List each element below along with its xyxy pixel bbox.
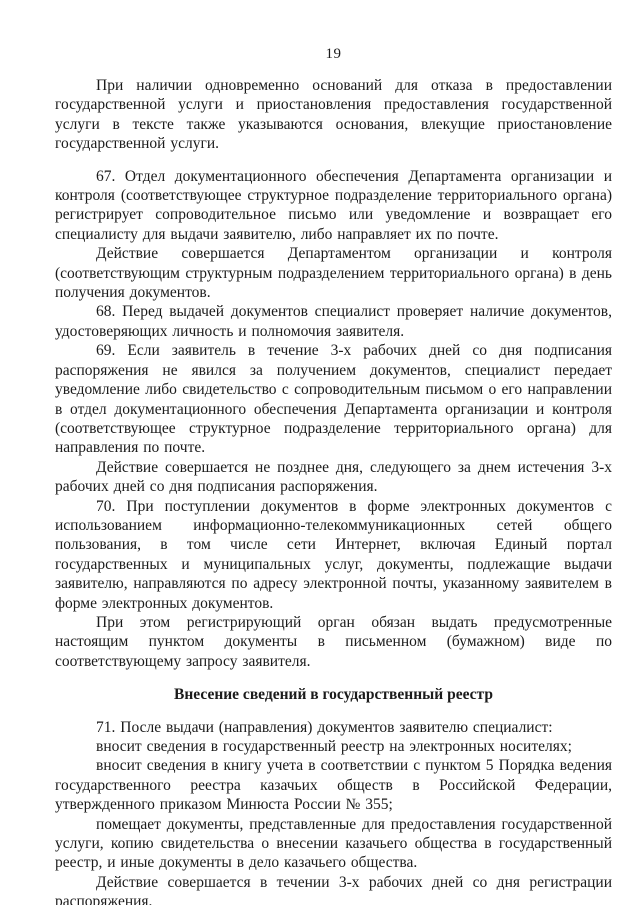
paragraph: помещает документы, представленные для п… — [55, 815, 612, 873]
paragraph: Действие совершается в течении 3-х рабоч… — [55, 873, 612, 905]
paragraph: 70. При поступлении документов в форме э… — [55, 497, 612, 613]
paragraph: вносит сведения в книгу учета в соответс… — [55, 756, 612, 814]
paragraph: Действие совершается Департаментом орган… — [55, 244, 612, 302]
section-heading: Внесение сведений в государственный реес… — [55, 685, 612, 704]
document-content: 19 При наличии одновременно оснований дл… — [55, 46, 612, 905]
paragraph: Действие совершается не позднее дня, сле… — [55, 458, 612, 497]
paragraph: 69. Если заявитель в течение 3-х рабочих… — [55, 341, 612, 457]
paragraph: вносит сведения в государственный реестр… — [55, 737, 612, 756]
paragraph: При наличии одновременно оснований для о… — [55, 76, 612, 154]
paragraph: При этом регистрирующий орган обязан выд… — [55, 613, 612, 671]
paragraph: 67. Отдел документационного обеспечения … — [55, 167, 612, 245]
page-number: 19 — [55, 46, 612, 63]
paragraph: 71. После выдачи (направления) документо… — [55, 718, 612, 737]
document-page: 19 При наличии одновременно оснований дл… — [0, 0, 640, 905]
paragraph: 68. Перед выдачей документов специалист … — [55, 302, 612, 341]
